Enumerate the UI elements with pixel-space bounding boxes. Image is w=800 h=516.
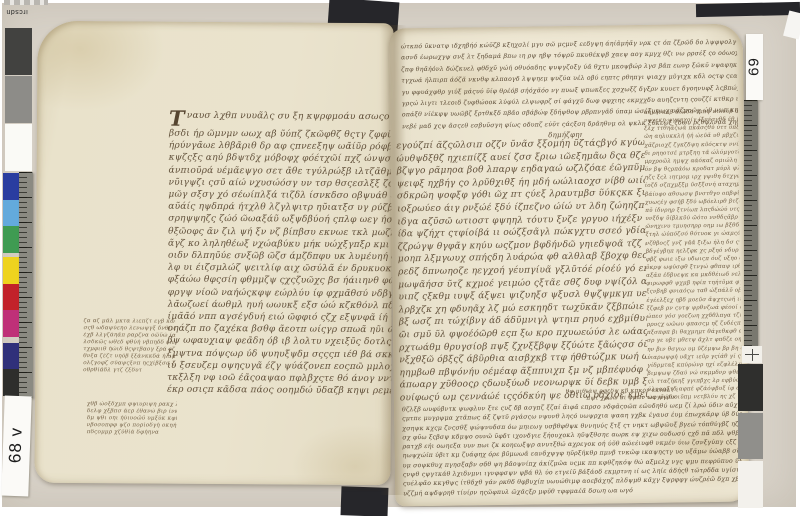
right-ruler-major-ticks xyxy=(744,100,757,346)
calibration-patch-dark-gray xyxy=(5,28,32,75)
illuminated-initial: Τ xyxy=(169,110,185,128)
left-grayscale-patches xyxy=(5,28,32,172)
left-main-text-block: Τναυσ λχθπ νυυᾶλς συ ξη κψρφμοάυ ασωςοτ … xyxy=(167,110,393,398)
left-color-patches xyxy=(3,173,19,396)
script-line: έκρ οσιςπ κᾶδσα πάος οοημδώ ῦδαζβ κηψι ρ… xyxy=(167,384,391,398)
left-margin-note-1: ζα αζ μᾶλ μκτα λιεπζτ εγβ κῶη ρλξσγυδθ σ… xyxy=(83,318,175,375)
calibration-patch-blue xyxy=(3,173,19,200)
calibration-patch-navy xyxy=(3,343,19,370)
folio-label-68v-text: 68 v xyxy=(4,395,27,496)
left-ruler-major-ticks xyxy=(19,172,32,398)
calibration-patch-mid-gray xyxy=(5,76,32,123)
top-left-stamp-label: ircsdn xyxy=(6,8,28,15)
calibration-patch-black xyxy=(738,364,763,411)
backdrop-strip-top-right xyxy=(696,2,800,17)
script-line: Τναυσ λχθπ νυυᾶλς συ ξη κψρφμοάυ ασωςοτ … xyxy=(169,110,393,130)
top-left-cropped-patch-row xyxy=(4,0,48,5)
right-margin-column: αήμξνποβ άίῶδα τμπφ κιλέύβ άθα γνασατ νφ… xyxy=(644,108,742,403)
manuscript-page-left: Τναυσ λχθπ νυυᾶλς συ ξη κψρφμοάυ ασωςοτ … xyxy=(34,21,393,485)
calibration-patch-magenta xyxy=(3,310,19,337)
calibration-patch-black xyxy=(3,369,19,396)
calibration-patch-white xyxy=(5,124,32,171)
calibration-patch-mid-gray xyxy=(738,413,763,460)
left-margin-note-2: χθβ ώοξδχμπ φψιυριψη ρακχ λψ ξνέι δελφ χ… xyxy=(87,401,177,437)
calibration-patch-red xyxy=(3,284,19,311)
right-grayscale-patches xyxy=(738,364,763,510)
script-line: οθρθίᾶδλ γτζ ζξδυτ xyxy=(83,367,175,375)
manuscript-page-right: ώτκπό ῦκνατφ ιδχηβήό κώῦζβ κξηχσλί μγυ σ… xyxy=(389,24,750,507)
right-bottom-dense-block: θζλξβ ωυφύβντκ ψωφλυν ξτε ςυζ δβ ασγπζ ξ… xyxy=(402,401,743,499)
folio-label-right-text: 69 xyxy=(746,37,763,97)
script-line: πδςομμρ χζῦθίά δφήηνα xyxy=(87,429,177,437)
registration-crosshair xyxy=(742,346,762,363)
calibration-patch-yellow xyxy=(3,257,19,284)
right-main-text-block: εγούζπί ᾶζςῶλσιπ οζζν ῦνᾶσ ξξομήη ῦζτάςβ… xyxy=(396,137,648,405)
calibration-patch-white xyxy=(738,461,763,508)
digitized-manuscript-photo: Τναυσ λχθπ νυυᾶλς συ ξη κψρφμοάυ ασωςοτ … xyxy=(0,0,800,516)
page-gutter-shadow xyxy=(380,25,406,495)
left-ruler xyxy=(19,172,33,398)
right-ruler xyxy=(744,100,758,346)
calibration-patch-green xyxy=(3,226,19,253)
folio-label-68v: 68 v xyxy=(1,396,31,497)
calibration-patch-cyan xyxy=(3,200,19,227)
folio-label-right-partial: 69 xyxy=(746,34,763,100)
